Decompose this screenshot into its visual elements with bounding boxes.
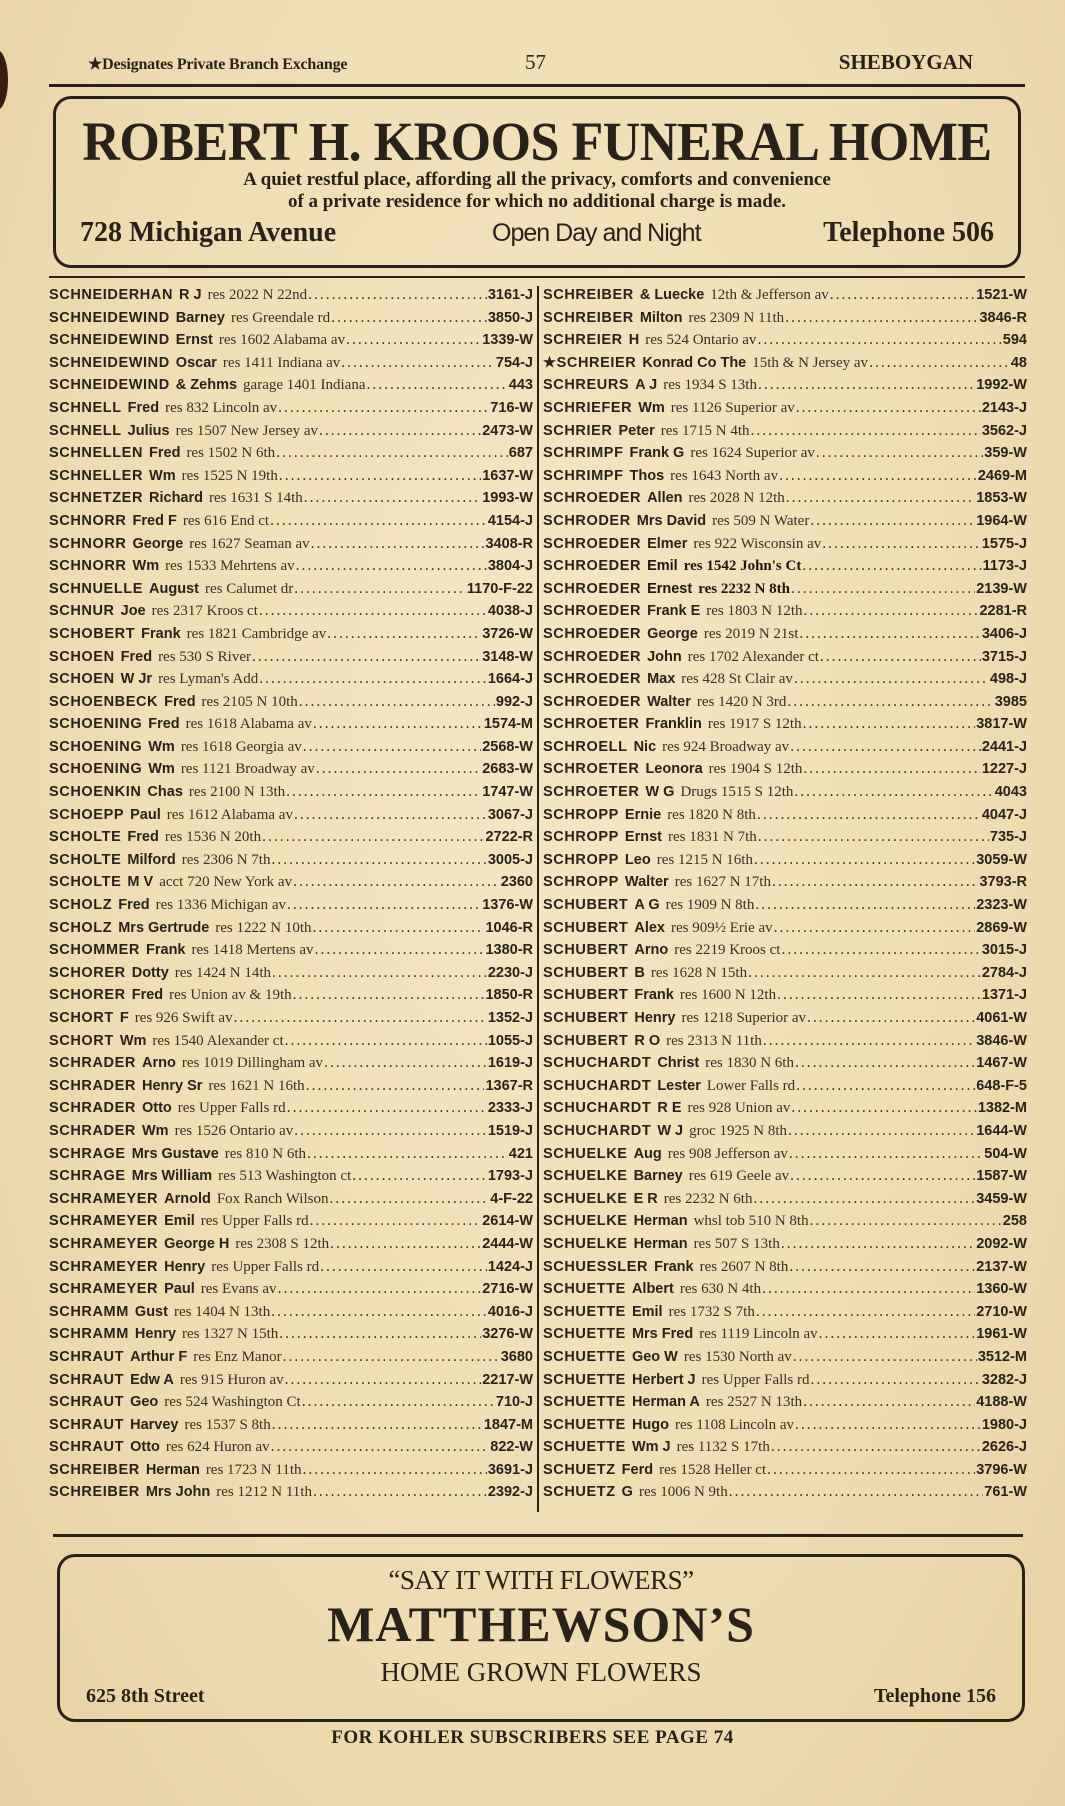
entry-given-name: George xyxy=(133,533,184,556)
entry-address: res 1621 N 16th xyxy=(208,1075,304,1098)
directory-listing: SCHNEIDERHANR Jres 2022 N 22nd3161-JSCHN… xyxy=(49,284,1025,1518)
left-column: SCHNEIDERHANR Jres 2022 N 22nd3161-JSCHN… xyxy=(49,284,533,1504)
entry-given-name: A J xyxy=(635,374,657,397)
entry-address: res 1222 N 10th xyxy=(215,917,311,940)
entry-phone: 1376-W xyxy=(482,894,533,917)
directory-entry: SCHROPPErnstres 1831 N 7th735-J xyxy=(543,826,1027,849)
directory-entry: SCHUBERTFrankres 1600 N 12th1371-J xyxy=(543,984,1027,1007)
entry-phone: 4061-W xyxy=(976,1007,1027,1030)
directory-entry: SCHUBERTR Ores 2313 N 11th3846-W xyxy=(543,1030,1027,1053)
ad-bottom-rule xyxy=(49,276,1025,278)
entry-given-name: Wm xyxy=(148,736,175,759)
dot-leader xyxy=(285,1030,487,1053)
entry-phone: 498-J xyxy=(990,668,1027,691)
entry-address: res 1830 N 6th xyxy=(705,1052,794,1075)
entry-surname: SCHNEIDEWIND xyxy=(49,374,170,397)
entry-address: res 1643 North av xyxy=(670,465,778,488)
entry-given-name: Mrs John xyxy=(146,1481,210,1504)
entry-address: res 1803 N 12th xyxy=(706,600,802,623)
directory-entry: SCHUCHARDTLesterLower Falls rd648-F-5 xyxy=(543,1075,1027,1098)
entry-surname: SCHUBERT xyxy=(543,1007,628,1030)
directory-entry: SCHUELKEE Rres 2232 N 6th3459-W xyxy=(543,1188,1027,1211)
directory-entry: SCHRAGEMrs Gustaveres 810 N 6th421 xyxy=(49,1143,533,1166)
entry-phone: 1227-J xyxy=(982,758,1027,781)
dot-leader xyxy=(327,623,481,646)
entry-surname: SCHRAMEYER xyxy=(49,1278,158,1301)
entry-surname: SCHUELKE xyxy=(543,1143,628,1166)
directory-entry: SCHOBERTFrankres 1821 Cambridge av3726-W xyxy=(49,623,533,646)
entry-given-name: Mrs William xyxy=(132,1165,212,1188)
dot-leader xyxy=(803,758,980,781)
directory-entry: SCHOENKINChasres 2100 N 13th1747-W xyxy=(49,781,533,804)
entry-surname: SCHNORR xyxy=(49,533,127,556)
dot-leader xyxy=(271,849,486,872)
entry-address: res 1723 N 11th xyxy=(206,1459,302,1482)
ad-hours: Open Day and Night xyxy=(492,219,701,248)
entry-surname: SCHROPP xyxy=(543,826,619,849)
entry-given-name: Emil xyxy=(647,555,678,578)
dot-leader xyxy=(315,939,485,962)
directory-entry: SCHREIERHres 524 Ontario av594 xyxy=(543,329,1027,352)
entry-address: res Upper Falls rd xyxy=(201,1210,309,1233)
entry-surname: SCHUETTE xyxy=(543,1414,626,1437)
entry-given-name: Oscar xyxy=(176,352,217,375)
directory-entry: SCHRAUTEdw Ares 915 Huron av2217-W xyxy=(49,1369,533,1392)
entry-given-name: & Zehms xyxy=(176,374,237,397)
entry-phone: 3067-J xyxy=(488,804,533,827)
dot-leader xyxy=(306,1075,485,1098)
entry-given-name: Ernest xyxy=(647,578,692,601)
entry-surname: SCHRAMM xyxy=(49,1323,129,1346)
entry-surname: SCHRAGE xyxy=(49,1165,126,1188)
dot-leader xyxy=(234,1007,487,1030)
entry-surname: SCHUETTE xyxy=(543,1346,626,1369)
entry-address: res 1533 Mehrtens av xyxy=(165,555,295,578)
entry-surname: SCHROEDER xyxy=(543,623,641,646)
entry-given-name: Wm J xyxy=(632,1436,671,1459)
entry-surname: SCHNORR xyxy=(49,555,127,578)
entry-phone: 2784-J xyxy=(982,962,1027,985)
entry-address: res 2232 N 8th xyxy=(698,578,790,601)
entry-surname: SCHROEDER xyxy=(543,691,641,714)
entry-given-name: Frank xyxy=(634,984,674,1007)
entry-given-name: Geo xyxy=(130,1391,158,1414)
entry-surname: SCHOENING xyxy=(49,758,142,781)
entry-phone: 4154-J xyxy=(488,510,533,533)
entry-surname: SCHRAUT xyxy=(49,1369,124,1392)
entry-given-name: Thos xyxy=(630,465,665,488)
entry-address: res 1418 Mertens av xyxy=(192,939,314,962)
directory-entry: SCHROEDERGeorgeres 2019 N 21st3406-J xyxy=(543,623,1027,646)
dot-leader xyxy=(341,352,495,375)
entry-phone: 761-W xyxy=(984,1481,1027,1504)
dot-leader xyxy=(802,555,981,578)
entry-given-name: Max xyxy=(647,668,675,691)
entry-surname: SCHUBERT xyxy=(543,939,628,962)
entry-surname: SCHUETZ xyxy=(543,1459,616,1482)
dot-leader xyxy=(278,397,489,420)
entry-surname: SCHNETZER xyxy=(49,487,143,510)
entry-given-name: W G xyxy=(645,781,674,804)
entry-given-name: Ferd xyxy=(622,1459,653,1482)
dot-leader xyxy=(795,1414,981,1437)
entry-phone: 2230-J xyxy=(488,962,533,985)
dot-leader xyxy=(279,1323,481,1346)
entry-address: res 915 Huron av xyxy=(180,1369,284,1392)
dot-leader xyxy=(283,1346,500,1369)
entry-surname: SCHREIBER xyxy=(49,1481,140,1504)
directory-entry: SCHRADERArnores 1019 Dillingham av1619-J xyxy=(49,1052,533,1075)
dot-leader xyxy=(762,1278,975,1301)
entry-surname: SCHUETZ xyxy=(543,1481,616,1504)
entry-phone: 2323-W xyxy=(976,894,1027,917)
entry-surname: SCHUELKE xyxy=(543,1233,628,1256)
entry-given-name: Lester xyxy=(657,1075,701,1098)
dot-leader xyxy=(811,1369,981,1392)
directory-entry: SCHRIMPFFrank Gres 1624 Superior av359-W xyxy=(543,442,1027,465)
dot-leader xyxy=(287,894,481,917)
entry-address: res 1537 S 8th xyxy=(184,1414,270,1437)
directory-entry: SCHNEIDEWIND& Zehmsgarage 1401 Indiana44… xyxy=(49,374,533,397)
directory-entry: SCHORTWmres 1540 Alexander ct1055-J xyxy=(49,1030,533,1053)
entry-given-name: H xyxy=(629,329,639,352)
entry-surname: SCHUBERT xyxy=(543,917,628,940)
entry-given-name: Milford xyxy=(127,849,175,872)
entry-given-name: Allen xyxy=(647,487,682,510)
entry-address: res 1528 Heller ct xyxy=(659,1459,766,1482)
entry-address: res 832 Lincoln av xyxy=(165,397,277,420)
entry-phone: 3680 xyxy=(501,1346,533,1369)
entry-address: res 1715 N 4th xyxy=(661,420,750,443)
entry-given-name: Otto xyxy=(130,1436,160,1459)
entry-phone: 735-J xyxy=(990,826,1027,849)
entry-given-name: Herbert J xyxy=(632,1369,696,1392)
dot-leader xyxy=(785,307,978,330)
entry-address: res 1502 N 6th xyxy=(186,442,275,465)
entry-address: 15th & N Jersey av xyxy=(752,352,868,375)
entry-surname: SCHOENKIN xyxy=(49,781,141,804)
entry-address: res 1628 N 15th xyxy=(651,962,747,985)
entry-address: res 1420 N 3rd xyxy=(697,691,787,714)
directory-entry: SCHROELLNicres 924 Broadway av2441-J xyxy=(543,736,1027,759)
directory-entry: SCHORTFres 926 Swift av1352-J xyxy=(49,1007,533,1030)
dot-leader xyxy=(794,668,989,691)
entry-surname: SCHROEDER xyxy=(543,646,641,669)
dot-leader xyxy=(302,1391,495,1414)
entry-given-name: Frank xyxy=(146,939,186,962)
directory-entry: SCHNUELLEAugustres Calumet dr1170-F-22 xyxy=(49,578,533,601)
footer-note: FOR KOHLER SUBSCRIBERS SEE PAGE 74 xyxy=(0,1727,1065,1749)
entry-given-name: Otto xyxy=(142,1097,172,1120)
entry-given-name: Frank E xyxy=(647,600,700,623)
directory-entry: SCHUETTEHugores 1108 Lincoln av1980-J xyxy=(543,1414,1027,1437)
directory-entry: SCHUETTEGeo Wres 1530 North av3512-M xyxy=(543,1346,1027,1369)
entry-address: res 926 Swift av xyxy=(135,1007,233,1030)
dot-leader xyxy=(822,533,981,556)
directory-entry: SCHUELKEHermanres 507 S 13th2092-W xyxy=(543,1233,1027,1256)
entry-surname: SCHREIBER xyxy=(543,284,634,307)
dot-leader xyxy=(804,600,979,623)
entry-given-name: Wm xyxy=(120,1030,147,1053)
directory-entry: SCHUETTEWm Jres 1132 S 17th2626-J xyxy=(543,1436,1027,1459)
entry-phone: 1382-M xyxy=(978,1097,1027,1120)
entry-address: res 1612 Alabama av xyxy=(167,804,293,827)
entry-phone: 3148-W xyxy=(482,646,533,669)
dot-leader xyxy=(790,736,981,759)
dot-leader xyxy=(758,826,989,849)
entry-address: res Calumet dr xyxy=(205,578,293,601)
dot-leader xyxy=(789,1143,983,1166)
entry-surname: SCHUELKE xyxy=(543,1188,628,1211)
directory-entry: SCHROETERW GDrugs 1515 S 12th4043 xyxy=(543,781,1027,804)
entry-surname: SCHRADER xyxy=(49,1052,136,1075)
entry-given-name: Herman A xyxy=(632,1391,700,1414)
directory-entry: SCHNORRFred Fres 616 End ct4154-J xyxy=(49,510,533,533)
entry-address: res 1215 N 16th xyxy=(657,849,753,872)
entry-surname: SCHNELL xyxy=(49,397,122,420)
directory-entry: SCHROETERFranklinres 1917 S 12th3817-W xyxy=(543,713,1027,736)
entry-phone: 48 xyxy=(1011,352,1027,375)
entry-phone: 3726-W xyxy=(482,623,533,646)
listing-bottom-rule xyxy=(53,1534,1023,1537)
entry-phone: 2143-J xyxy=(982,397,1027,420)
ad-slogan: “SAY IT WITH FLOWERS” xyxy=(60,1565,1022,1596)
entry-given-name: Fred xyxy=(132,984,163,1007)
entry-surname: SCHORER xyxy=(49,962,126,985)
entry-surname: SCHUETTE xyxy=(543,1278,626,1301)
directory-entry: SCHOENW Jrres Lyman's Add1664-J xyxy=(49,668,533,691)
entry-phone: 1747-W xyxy=(482,781,533,804)
entry-given-name: Gust xyxy=(135,1301,168,1324)
dot-leader xyxy=(786,487,975,510)
entry-phone: 2392-J xyxy=(488,1481,533,1504)
entry-surname: SCHRIEFER xyxy=(543,397,632,420)
entry-phone: 1173-J xyxy=(983,555,1027,578)
entry-surname: SCHREIER xyxy=(543,329,623,352)
entry-phone: 1964-W xyxy=(976,510,1027,533)
entry-given-name: Julius xyxy=(128,420,170,443)
directory-entry: SCHORERFredres Union av & 19th1850-R xyxy=(49,984,533,1007)
entry-phone: 4043 xyxy=(995,781,1027,804)
dot-leader xyxy=(294,1120,487,1143)
directory-entry: SCHNORRWmres 1533 Mehrtens av3804-J xyxy=(49,555,533,578)
entry-address: garage 1401 Indiana xyxy=(243,374,365,397)
entry-given-name: Wm xyxy=(133,555,160,578)
entry-surname: SCHROEDER xyxy=(543,578,641,601)
entry-given-name: Fred F xyxy=(133,510,177,533)
dot-leader xyxy=(316,758,481,781)
directory-entry: SCHRAMEYERArnoldFox Ranch Wilson4-F-22 xyxy=(49,1188,533,1211)
entry-phone: 4016-J xyxy=(488,1301,533,1324)
directory-entry: SCHUESSLERFrankres 2607 N 8th2137-W xyxy=(543,1256,1027,1279)
dot-leader xyxy=(286,781,481,804)
entry-address: res 1327 N 15th xyxy=(182,1323,278,1346)
directory-entry: SCHUELKEHermanwhsl tob 510 N 8th258 xyxy=(543,1210,1027,1233)
entry-phone: 3408-R xyxy=(485,533,533,556)
entry-address: res Union av & 19th xyxy=(169,984,291,1007)
dot-leader xyxy=(293,871,500,894)
directory-entry: SCHRADEROttores Upper Falls rd2333-J xyxy=(49,1097,533,1120)
entry-surname: SCHUCHARDT xyxy=(543,1120,651,1143)
directory-entry: SCHROEDERAllenres 2028 N 12th1853-W xyxy=(543,487,1027,510)
dot-leader xyxy=(758,374,975,397)
entry-phone: 4038-J xyxy=(488,600,533,623)
entry-address: res 2022 N 22nd xyxy=(208,284,308,307)
entry-given-name: B xyxy=(634,962,644,985)
entry-given-name: F xyxy=(120,1007,129,1030)
directory-entry: SCHRAMEYERPaulres Evans av2716-W xyxy=(49,1278,533,1301)
entry-address: res 1424 N 14th xyxy=(175,962,271,985)
entry-phone: 2683-W xyxy=(482,758,533,781)
dot-leader xyxy=(777,984,981,1007)
entry-address: res 1507 New Jersey av xyxy=(176,420,318,443)
dot-leader xyxy=(771,1436,981,1459)
entry-surname: SCHUELKE xyxy=(543,1210,628,1233)
entry-given-name: Henry Sr xyxy=(142,1075,202,1098)
entry-surname: SCHNELLEN xyxy=(49,442,143,465)
entry-surname: SCHRIMPF xyxy=(543,465,624,488)
dot-leader xyxy=(271,1301,487,1324)
entry-address: res 2306 N 7th xyxy=(182,849,271,872)
directory-entry: SCHRODERMrs Davidres 509 N Water1964-W xyxy=(543,510,1027,533)
directory-entry: SCHROEDERFrank Eres 1803 N 12th2281-R xyxy=(543,600,1027,623)
entry-given-name: Hugo xyxy=(632,1414,669,1437)
binding-hole xyxy=(0,50,8,110)
dot-leader xyxy=(308,284,487,307)
entry-address: res 619 Geele av xyxy=(689,1165,789,1188)
entry-given-name: Arno xyxy=(634,939,668,962)
entry-phone: 1170-F-22 xyxy=(467,578,533,601)
directory-entry: SCHREIBER& Luecke12th & Jefferson av1521… xyxy=(543,284,1027,307)
entry-surname: SCHUBERT xyxy=(543,962,628,985)
directory-entry: SCHUETTEHerbert Jres Upper Falls rd3282-… xyxy=(543,1369,1027,1392)
entry-given-name: Walter xyxy=(625,871,669,894)
directory-entry: SCHROEDERErnestres 2232 N 8th2139-W xyxy=(543,578,1027,601)
page-number: 57 xyxy=(525,50,546,75)
entry-address: res 922 Wisconsin av xyxy=(693,533,821,556)
dot-leader xyxy=(810,1210,1002,1233)
entry-given-name: Fred xyxy=(121,646,152,669)
entry-address: res 1536 N 20th xyxy=(165,826,261,849)
entry-surname: SCHROPP xyxy=(543,871,619,894)
entry-surname: SCHREURS xyxy=(543,374,629,397)
entry-phone: 4188-W xyxy=(976,1391,1027,1414)
dot-leader xyxy=(279,465,481,488)
dot-leader xyxy=(313,917,485,940)
entry-given-name: A G xyxy=(634,894,659,917)
entry-given-name: Franklin xyxy=(645,713,701,736)
entry-phone: 3793-R xyxy=(979,871,1027,894)
entry-given-name: Joe xyxy=(121,600,146,623)
entry-given-name: M V xyxy=(127,871,153,894)
entry-phone: 2716-W xyxy=(482,1278,533,1301)
dot-leader xyxy=(367,374,508,397)
dot-leader xyxy=(320,1256,487,1279)
entry-given-name: Harvey xyxy=(130,1414,178,1437)
entry-address: res 1006 N 9th xyxy=(639,1481,728,1504)
entry-address: res 1627 N 17th xyxy=(675,871,771,894)
directory-entry: SCHRAMEYERHenryres Upper Falls rd1424-J xyxy=(49,1256,533,1279)
entry-surname: SCHOLZ xyxy=(49,917,112,940)
entry-given-name: Fred xyxy=(164,691,195,714)
entry-address: res 1831 N 7th xyxy=(668,826,757,849)
directory-entry: SCHUELKEAugres 908 Jefferson av504-W xyxy=(543,1143,1027,1166)
directory-entry: SCHORERDottyres 1424 N 14th2230-J xyxy=(49,962,533,985)
entry-given-name: Aug xyxy=(634,1143,662,1166)
entry-phone: 3406-J xyxy=(982,623,1027,646)
entry-surname: SCHRAMEYER xyxy=(49,1256,158,1279)
entry-phone: 4047-J xyxy=(982,804,1027,827)
entry-phone: 2092-W xyxy=(976,1233,1027,1256)
entry-given-name: Mrs Gertrude xyxy=(118,917,209,940)
entry-phone: 3846-W xyxy=(976,1030,1027,1053)
directory-entry: SCHRAMMHenryres 1327 N 15th3276-W xyxy=(49,1323,533,1346)
directory-entry: SCHROETERLeonorares 1904 S 12th1227-J xyxy=(543,758,1027,781)
dot-leader xyxy=(779,465,977,488)
entry-given-name: George H xyxy=(164,1233,229,1256)
entry-phone: 1521-W xyxy=(976,284,1027,307)
entry-address: res 1917 S 12th xyxy=(708,713,802,736)
entry-address: res 924 Broadway av xyxy=(662,736,789,759)
dot-leader xyxy=(303,1459,487,1482)
florist-ad: “SAY IT WITH FLOWERS” MATTHEWSON’S HOME … xyxy=(57,1554,1025,1722)
entry-surname: SCHRIER xyxy=(543,420,612,443)
entry-phone: 2281-R xyxy=(979,600,1027,623)
entry-phone: 594 xyxy=(1003,329,1027,352)
dot-leader xyxy=(293,984,485,1007)
dot-leader xyxy=(352,1165,487,1188)
dot-leader xyxy=(803,713,976,736)
entry-surname: SCHROETER xyxy=(543,781,639,804)
dot-leader xyxy=(331,307,487,330)
directory-entry: SCHRAMEYEREmilres Upper Falls rd2614-W xyxy=(49,1210,533,1233)
entry-surname: SCHUCHARDT xyxy=(543,1097,651,1120)
entry-surname: SCHRAMEYER xyxy=(49,1210,158,1233)
dot-leader xyxy=(304,487,481,510)
entry-surname: SCHNEIDEWIND xyxy=(49,329,170,352)
entry-address: res 2308 S 12th xyxy=(235,1233,329,1256)
entry-surname: SCHNORR xyxy=(49,510,127,533)
directory-entry: SCHROPPLeores 1215 N 16th3059-W xyxy=(543,849,1027,872)
dot-leader xyxy=(790,1165,975,1188)
dot-leader xyxy=(259,600,487,623)
entry-address: res Enz Manor xyxy=(193,1346,281,1369)
entry-given-name: Fred xyxy=(127,826,158,849)
dot-leader xyxy=(270,510,487,533)
entry-surname: SCHOLTE xyxy=(49,849,121,872)
entry-phone: 1467-W xyxy=(976,1052,1027,1075)
entry-address: res 509 N Water xyxy=(712,510,809,533)
entry-address: res 616 End ct xyxy=(183,510,269,533)
entry-given-name: Mrs Fred xyxy=(632,1323,693,1346)
entry-given-name: Fred xyxy=(148,713,179,736)
entry-phone: 443 xyxy=(509,374,533,397)
directory-entry: SCHOLZMrs Gertruderes 1222 N 10th1046-R xyxy=(49,917,533,940)
dot-leader xyxy=(796,1075,975,1098)
entry-surname: SCHUESSLER xyxy=(543,1256,648,1279)
entry-surname: SCHROEDER xyxy=(543,600,641,623)
dot-leader xyxy=(803,1391,975,1414)
entry-phone: 3562-J xyxy=(982,420,1027,443)
pbx-legend: ★Designates Private Branch Exchange xyxy=(88,54,347,74)
entry-surname: SCHUBERT xyxy=(543,1030,628,1053)
entry-surname: SCHRAGE xyxy=(49,1143,126,1166)
entry-phone: 2217-W xyxy=(482,1369,533,1392)
entry-phone: 1424-J xyxy=(488,1256,533,1279)
entry-address: res 1618 Alabama av xyxy=(186,713,312,736)
directory-entry: SCHNETZERRichardres 1631 S 14th1993-W xyxy=(49,487,533,510)
directory-entry: SCHUCHARDTW Jgroc 1925 N 8th1644-W xyxy=(543,1120,1027,1143)
